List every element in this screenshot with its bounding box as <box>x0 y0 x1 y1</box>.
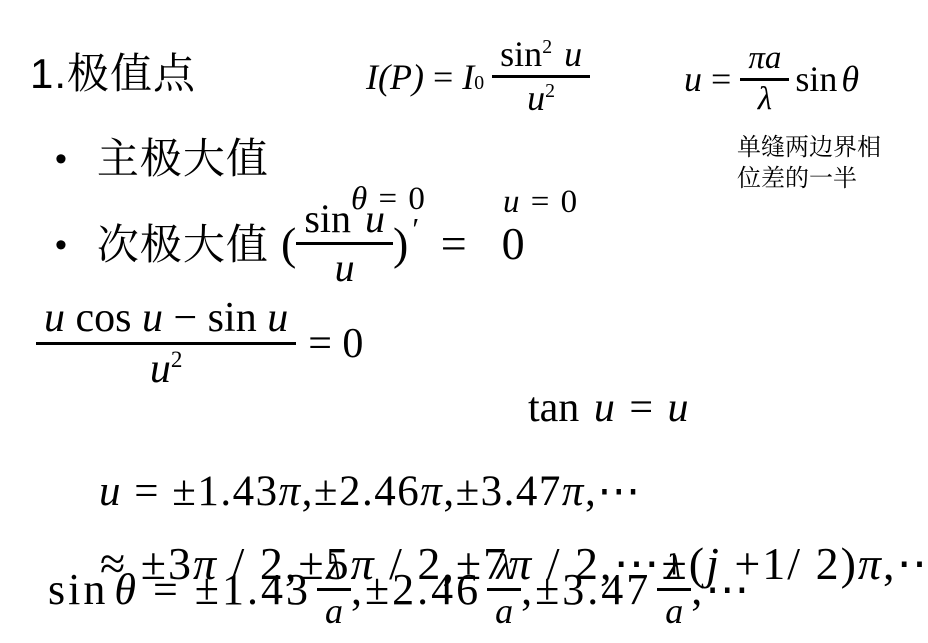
slide-canvas: 1.极值点 I(P) = I0 sin2u u2 u = πa λ sinθ •… <box>0 0 928 643</box>
formula-sin-theta: sin θ = ±1.43 λ a ,±2.46 λ a ,±3.47 λ a … <box>48 547 752 633</box>
var-u: u <box>564 34 582 74</box>
denominator: a <box>317 588 351 632</box>
var-a: a <box>325 591 343 631</box>
numerator: πa <box>740 40 789 78</box>
var-theta: θ <box>841 58 859 100</box>
var-lambda: λ <box>666 547 682 587</box>
op-equals-zero: = 0 <box>423 217 524 270</box>
slide-title: 1.极值点 <box>30 50 196 98</box>
var-u: u <box>668 385 689 431</box>
fraction-lambda-over-a: λ a <box>657 547 691 633</box>
bullet-secondary-row: • 次极大值 <box>55 220 269 270</box>
var-lambda: λ <box>326 547 342 587</box>
var-I: I <box>462 56 474 98</box>
value-2: ,±2.46 <box>351 564 481 615</box>
op-equals-zero: = 0 <box>520 184 578 220</box>
value-3: ,±3.47 <box>521 564 651 615</box>
var-u: u <box>44 295 65 341</box>
bullet-icon: • <box>55 142 67 176</box>
denominator: u2 <box>36 342 296 393</box>
var-a: a <box>495 591 513 631</box>
numerator: sinu <box>296 196 393 242</box>
op-equals: = <box>424 56 462 98</box>
fraction-lambda-over-a: λ a <box>317 547 351 633</box>
numerator: λ <box>658 547 690 588</box>
fn-sin: sin <box>48 564 108 615</box>
fraction-sin2u-over-u2: sin2u u2 <box>492 34 590 120</box>
op-minus-sin: − sin <box>163 295 267 341</box>
var-lambda: λ <box>496 547 512 587</box>
paren-close: ) <box>393 217 408 270</box>
var-u: u <box>142 295 163 341</box>
fn-sin: sin <box>304 196 351 241</box>
denominator: u2 <box>492 75 590 119</box>
var-I: I <box>366 56 378 98</box>
paren-P: (P) <box>378 56 424 98</box>
var-u: u <box>267 295 288 341</box>
var-u: u <box>684 58 702 100</box>
bullet-icon: • <box>55 228 67 262</box>
var-u: u <box>365 196 385 241</box>
denominator: u <box>296 242 393 291</box>
var-u: u <box>150 346 171 392</box>
var-pi: π <box>858 538 883 589</box>
fn-cos: cos <box>65 295 142 341</box>
bullet-secondary-label: 次极大值 <box>97 221 269 269</box>
op-equals: = <box>702 58 740 100</box>
intensity-lhs: I(P) <box>366 56 424 98</box>
value-1: = ±1.43 <box>139 564 311 615</box>
bullet-primary-row: • 主极大值 <box>55 134 269 184</box>
numerator: λ <box>488 547 520 588</box>
sup-exponent-2: 2 <box>171 346 183 372</box>
var-lambda: λ <box>758 81 772 117</box>
var-u: u <box>527 78 545 118</box>
fraction-sinu-over-u: sinu u <box>296 196 393 291</box>
prime-mark: ′ <box>412 212 419 248</box>
side-note: 单缝两边界相 位差的一半 <box>737 132 927 194</box>
formula-u-definition: u = πa λ sinθ <box>684 40 859 119</box>
denominator: a <box>657 588 691 632</box>
ellipsis: ,⋯ <box>883 538 928 589</box>
formula-secondary-derivative: ( sinu u ) ′ = 0 <box>281 196 525 291</box>
op-equals-zero: = 0 <box>308 320 363 368</box>
side-note-line-1: 单缝两边界相 <box>737 132 927 163</box>
sin-theta-term: sinθ <box>795 58 859 100</box>
denominator: λ <box>740 78 789 119</box>
var-u: u <box>335 245 355 290</box>
intensity-I0: I0 <box>462 56 484 98</box>
var-pi-a: πa <box>748 40 781 76</box>
fraction-lambda-over-a: λ a <box>487 547 521 633</box>
var-a: a <box>665 591 683 631</box>
paren-open: ( <box>281 217 296 270</box>
side-note-line-2: 位差的一半 <box>737 163 927 194</box>
bullet-primary-label: 主极大值 <box>97 135 269 183</box>
fn-sin: sin <box>795 58 837 100</box>
sup-exponent-2: 2 <box>545 80 555 102</box>
denominator: a <box>487 588 521 632</box>
var-theta: θ <box>114 564 139 615</box>
formula-derivative-fraction: u cos u − sin u u2 = 0 <box>36 294 363 394</box>
fn-sin: sin <box>500 34 542 74</box>
fraction-pia-over-lambda: πa λ <box>740 40 789 119</box>
fraction-ucosu-minus-sinu-over-u2: u cos u − sin u u2 <box>36 294 296 394</box>
formula-intensity: I(P) = I0 sin2u u2 <box>366 34 590 120</box>
sup-exponent-2: 2 <box>542 36 552 58</box>
numerator: sin2u <box>492 34 590 75</box>
ellipsis: ,⋯ <box>691 564 752 615</box>
numerator: u cos u − sin u <box>36 294 296 342</box>
numerator: λ <box>318 547 350 588</box>
